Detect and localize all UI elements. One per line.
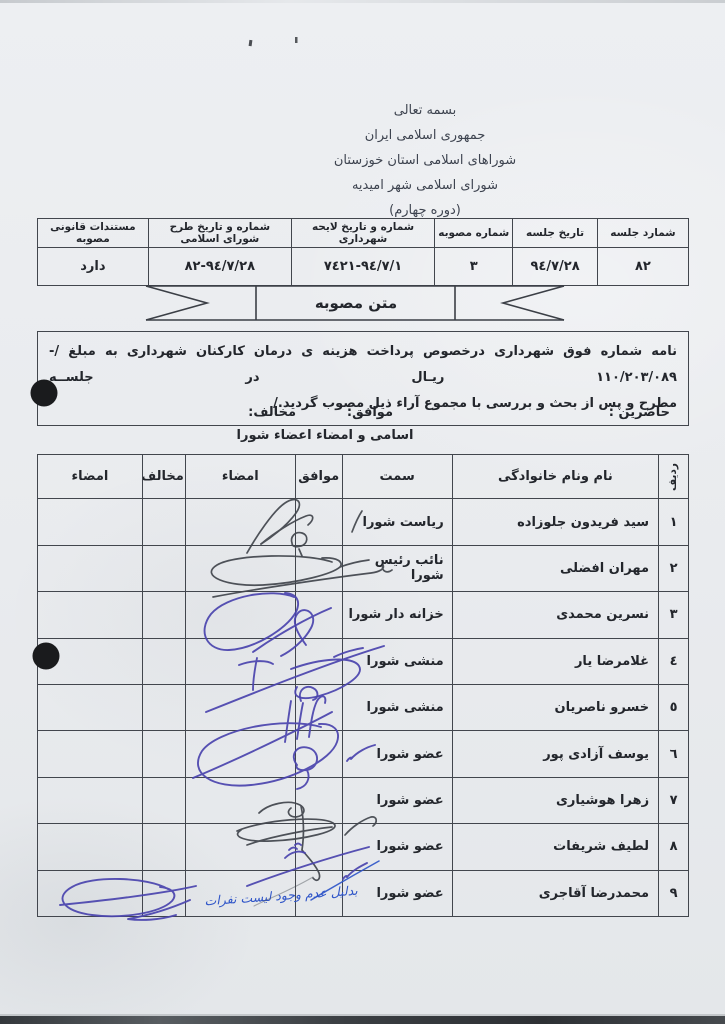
agree-cell xyxy=(295,638,342,684)
member-position: منشی شورا xyxy=(342,638,452,684)
letterhead: بسمه تعالی جمهوری اسلامی ایران شوراهای ا… xyxy=(280,98,570,223)
scan-top-edge xyxy=(0,0,725,3)
oppose-cell xyxy=(142,545,185,591)
members-header-row: ردیف نام ونام خانوادگی سمت موافق امضاء م… xyxy=(38,455,689,499)
oppose-cell xyxy=(142,731,185,777)
signature-cell xyxy=(185,824,295,870)
members-section-title: اسامی و امضاء اعضاء شورا xyxy=(175,428,475,443)
member-number: ٨ xyxy=(659,824,689,870)
agree-cell xyxy=(295,545,342,591)
scan-bottom-edge xyxy=(0,1016,725,1024)
oppose-cell xyxy=(142,870,185,917)
member-number: ٤ xyxy=(659,638,689,684)
signature-cell xyxy=(185,638,295,684)
oppose-cell xyxy=(142,684,185,730)
member-row-7: ٧ زهرا هوشیاری عضو شورا xyxy=(38,777,689,823)
col-header-signature: امضاء xyxy=(185,455,295,499)
info-header-plan-no-date: شماره و تاریخ طرح شورای اسلامی xyxy=(148,219,291,248)
vote-labels-row: حاضرین : موافق: مخالف: xyxy=(38,400,688,426)
oppose-cell xyxy=(142,592,185,638)
agree-cell xyxy=(295,777,342,823)
info-value-plan-no-date: ٩٤/٧/٢٨-٨٢ xyxy=(148,248,291,286)
member-row-8: ٨ لطیف شریفات عضو شورا xyxy=(38,824,689,870)
signature-cell-2 xyxy=(38,545,143,591)
member-name: خسرو ناصریان xyxy=(452,684,658,730)
oppose-cell xyxy=(142,824,185,870)
agree-cell xyxy=(295,731,342,777)
signature-cell-2 xyxy=(38,684,143,730)
info-value-row: ٨٢ ٩٤/٧/٢٨ ٣ ٩٤/٧/١-٧٤٢١ ٩٤/٧/٢٨-٨٢ دارد xyxy=(38,248,689,286)
info-value-legal-docs: دارد xyxy=(38,248,149,286)
member-name: محمدرضا آقاجری xyxy=(452,870,658,917)
present-label: حاضرین : xyxy=(609,400,670,426)
info-header-legal-docs: مستندات قانونی مصوبه xyxy=(38,219,149,248)
member-row-1: ١ سید فریدون جلوزاده ریاست شورا xyxy=(38,499,689,545)
signature-cell-2 xyxy=(38,499,143,545)
info-header-session-date: تاریخ جلسه xyxy=(513,219,598,248)
signature-cell-2 xyxy=(38,638,143,684)
signature-cell xyxy=(185,777,295,823)
oppose-cell xyxy=(142,638,185,684)
member-name: سید فریدون جلوزاده xyxy=(452,499,658,545)
signature-cell xyxy=(185,545,295,591)
agree-cell xyxy=(295,592,342,638)
info-value-session-date: ٩٤/٧/٢٨ xyxy=(513,248,598,286)
member-name: لطیف شریفات xyxy=(452,824,658,870)
col-header-oppose: مخالف xyxy=(142,455,185,499)
member-number: ٢ xyxy=(659,545,689,591)
province-council-line: شوراهای اسلامی استان خوزستان xyxy=(280,148,570,173)
member-number: ٦ xyxy=(659,731,689,777)
resolution-text-banner: متن مصوبه xyxy=(143,282,568,324)
col-header-agree: موافق xyxy=(295,455,342,499)
member-number: ٣ xyxy=(659,592,689,638)
member-position: منشی شورا xyxy=(342,684,452,730)
col-header-signature-2: امضاء xyxy=(38,455,143,499)
banner-title: متن مصوبه xyxy=(256,282,456,324)
agree-cell xyxy=(295,824,342,870)
info-header-resolution-no: شماره مصوبه xyxy=(435,219,513,248)
resolution-body-box: نامه شماره فوق شهرداری درخصوص پرداخت هزی… xyxy=(37,331,689,426)
member-name: یوسف آزادی پور xyxy=(452,731,658,777)
member-position: نائب رئیس شورا xyxy=(342,545,452,591)
info-value-session-no: ٨٢ xyxy=(597,248,688,286)
signature-cell-2 xyxy=(38,731,143,777)
signature-cell xyxy=(185,731,295,777)
signature-cell-2 xyxy=(38,870,143,917)
member-name: نسرین محمدی xyxy=(452,592,658,638)
scanned-council-resolution-document: بسمه تعالی جمهوری اسلامی ایران شوراهای ا… xyxy=(0,0,725,1024)
member-row-4: ٤ غلامرضا یار منشی شورا xyxy=(38,638,689,684)
member-position: خزانه دار شورا xyxy=(342,592,452,638)
member-row-5: ٥ خسرو ناصریان منشی شورا xyxy=(38,684,689,730)
signature-cell-2 xyxy=(38,592,143,638)
member-position: عضو شورا xyxy=(342,824,452,870)
member-row-3: ٣ نسرین محمدی خزانه دار شورا xyxy=(38,592,689,638)
member-name: مهران افضلی xyxy=(452,545,658,591)
member-number: ٥ xyxy=(659,684,689,730)
scan-speck-marks xyxy=(249,37,298,46)
member-row-6: ٦ یوسف آزادی پور عضو شورا xyxy=(38,731,689,777)
signature-cell xyxy=(185,499,295,545)
member-name: غلامرضا یار xyxy=(452,638,658,684)
member-number: ٩ xyxy=(659,870,689,917)
member-name: زهرا هوشیاری xyxy=(452,777,658,823)
col-header-position: سمت xyxy=(342,455,452,499)
oppose-cell xyxy=(142,499,185,545)
member-row-2: ٢ مهران افضلی نائب رئیس شورا xyxy=(38,545,689,591)
info-header-row: شمارد جلسه تاریخ جلسه شماره مصوبه شماره … xyxy=(38,219,689,248)
oppose-label: مخالف: xyxy=(248,400,296,426)
signature-cell xyxy=(185,592,295,638)
members-signature-table: ردیف نام ونام خانوادگی سمت موافق امضاء م… xyxy=(37,454,689,917)
info-header-session-no: شمارد جلسه xyxy=(597,219,688,248)
city-council-line: شورای اسلامی شهر امیدیه xyxy=(280,173,570,198)
agree-cell xyxy=(295,499,342,545)
member-number: ١ xyxy=(659,499,689,545)
agree-cell xyxy=(295,684,342,730)
member-position: عضو شورا xyxy=(342,731,452,777)
signature-cell-2 xyxy=(38,777,143,823)
resolution-line-1: نامه شماره فوق شهرداری درخصوص پرداخت هزی… xyxy=(49,339,677,391)
info-value-resolution-no: ٣ xyxy=(435,248,513,286)
oppose-cell xyxy=(142,777,185,823)
member-number: ٧ xyxy=(659,777,689,823)
col-header-name: نام ونام خانوادگی xyxy=(452,455,658,499)
agree-label: موافق: xyxy=(347,400,393,426)
signature-cell xyxy=(185,684,295,730)
member-position: عضو شورا xyxy=(342,777,452,823)
resolution-info-table: شمارد جلسه تاریخ جلسه شماره مصوبه شماره … xyxy=(37,218,689,286)
signature-cell-2 xyxy=(38,824,143,870)
besmellah-line: بسمه تعالی xyxy=(280,98,570,123)
info-value-bill-no-date: ٩٤/٧/١-٧٤٢١ xyxy=(291,248,434,286)
country-line: جمهوری اسلامی ایران xyxy=(280,123,570,148)
col-header-row-no: ردیف xyxy=(659,455,689,499)
info-header-bill-no-date: شماره و تاریخ لایحه شهرداری xyxy=(291,219,434,248)
member-position: ریاست شورا xyxy=(342,499,452,545)
